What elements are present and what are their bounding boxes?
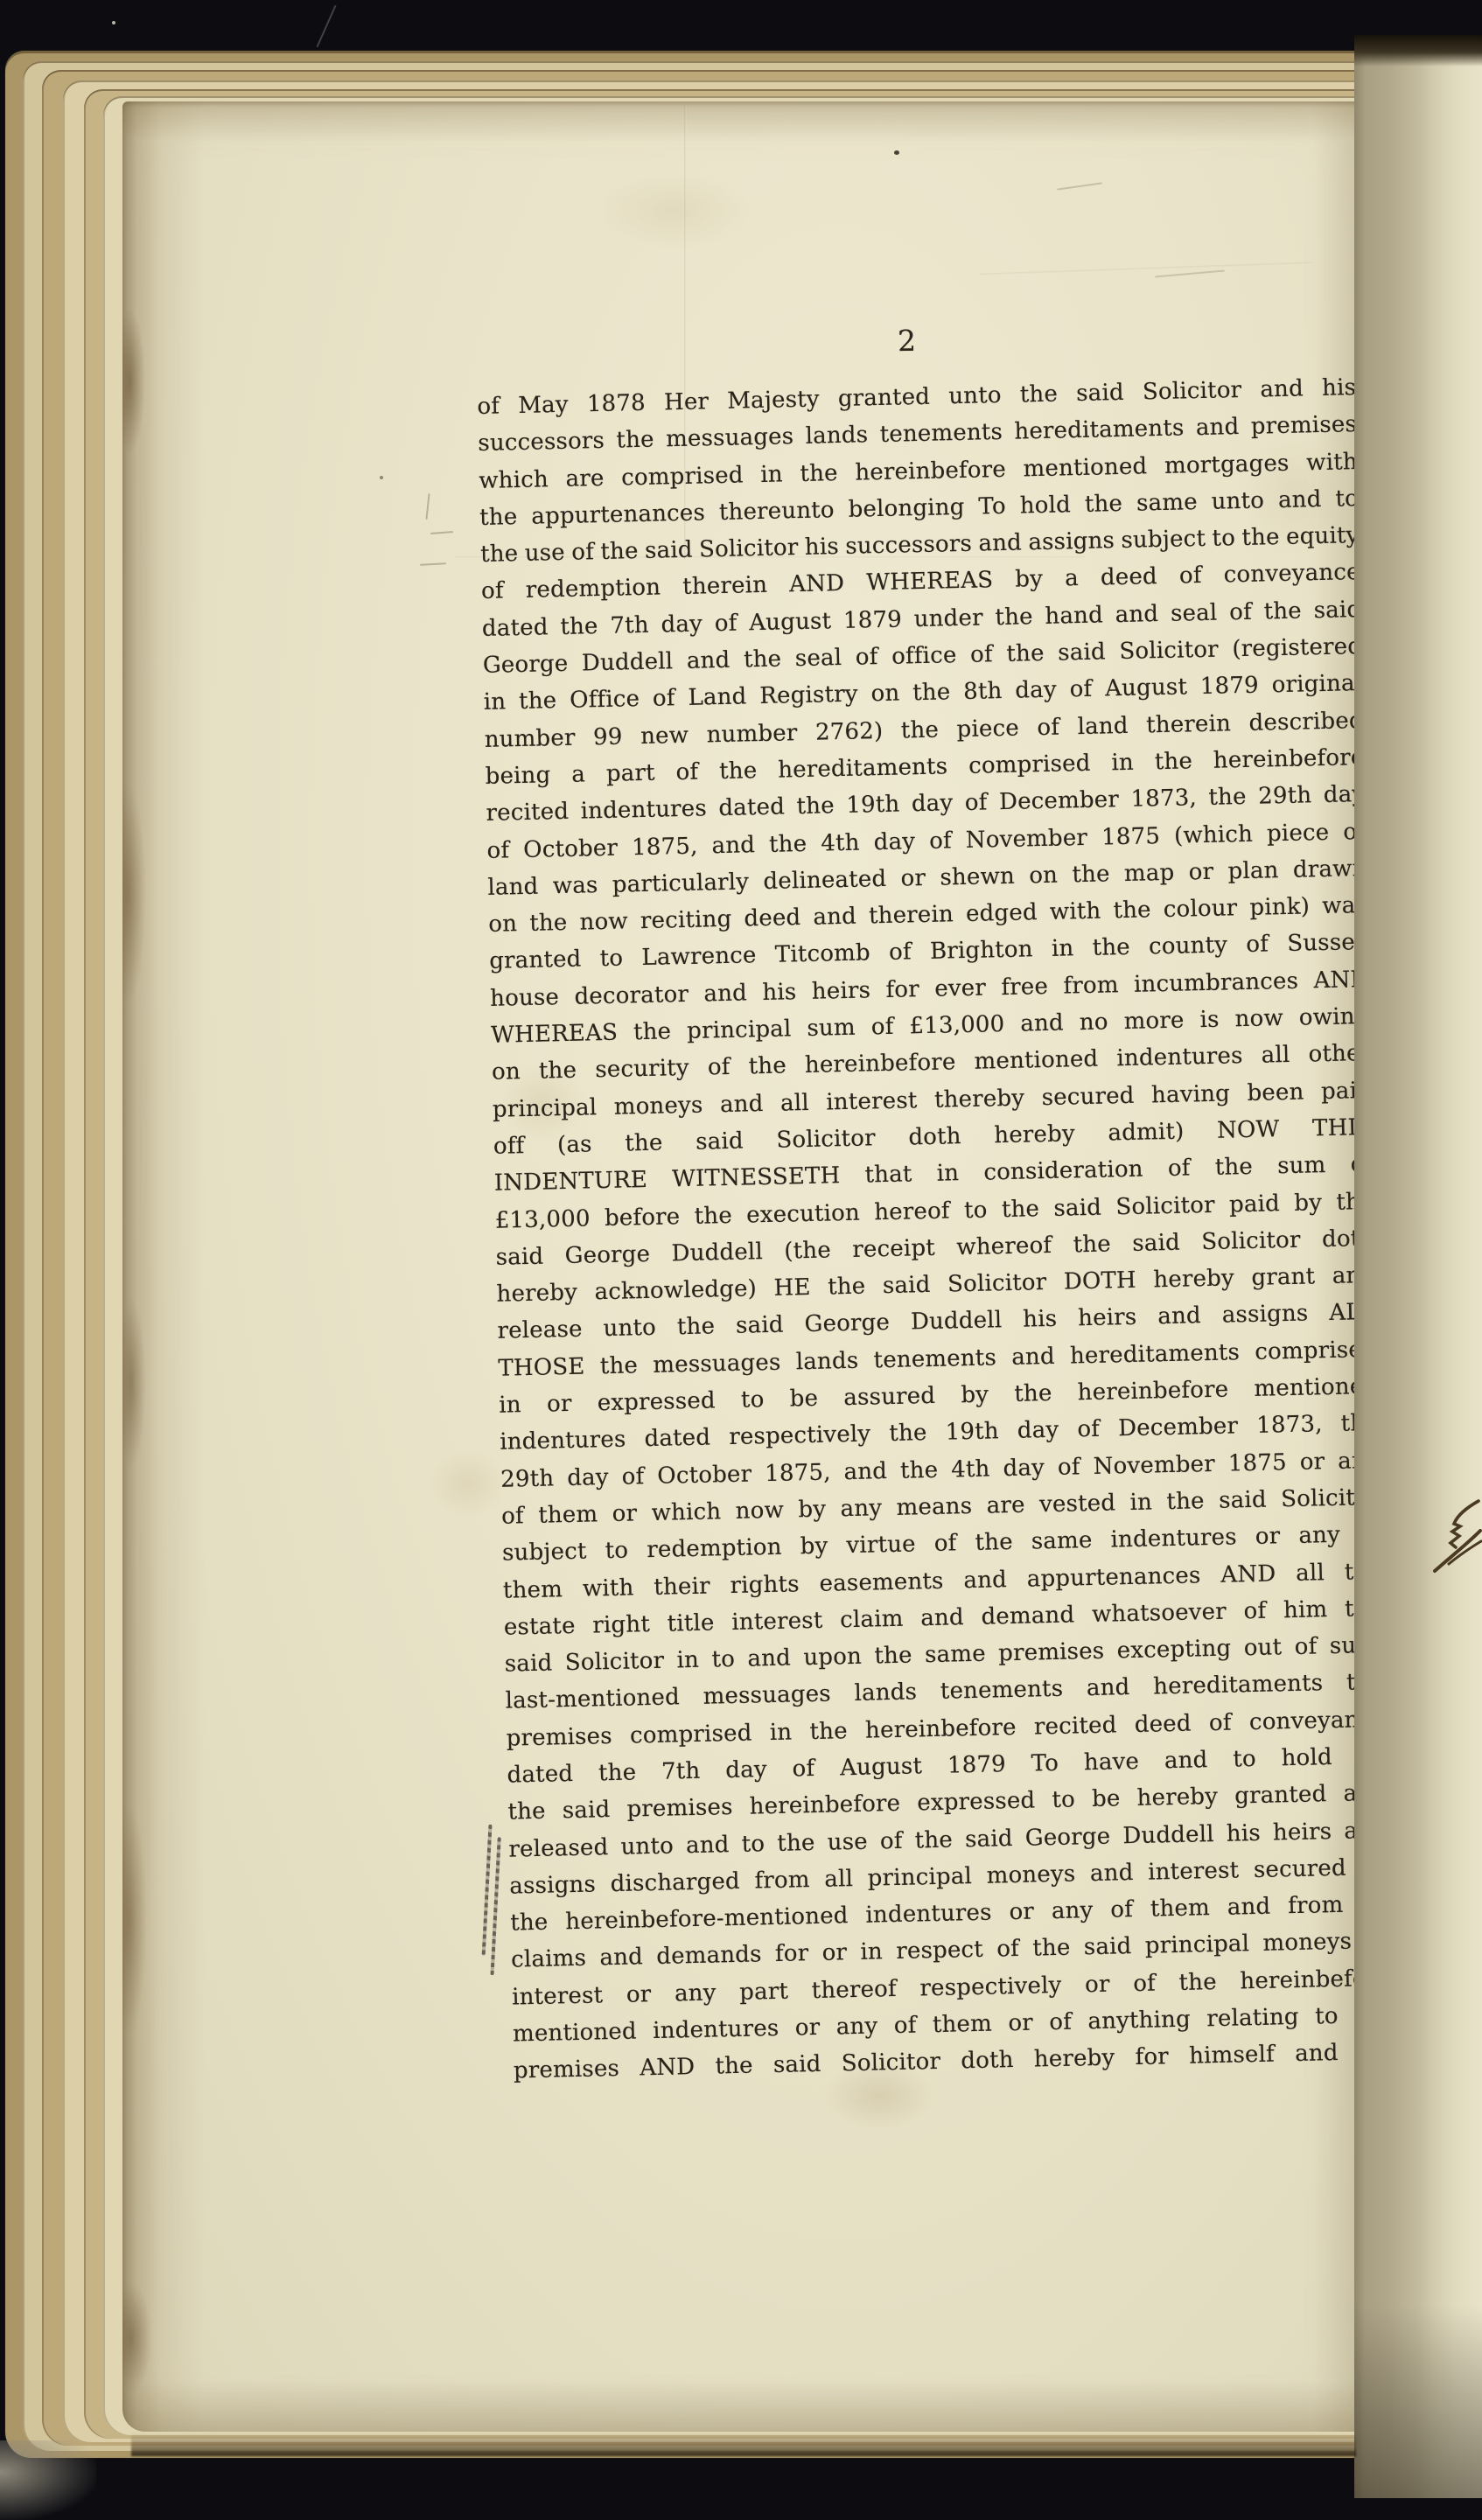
handwriting-mark [1428,1496,1482,1592]
book-gutter [1354,38,1482,2498]
pencil-scuff [425,493,430,520]
bottom-left-cloth [0,2440,96,2520]
document-text: of May 1878 Her Majesty granted unto the… [477,369,1393,2090]
page-number: 2 [898,324,917,358]
bottom-edge-smudge [131,2433,1356,2456]
document-page: 2 of May 1878 Her Majesty granted unto t… [122,101,1361,2432]
pencil-speck [380,476,383,479]
book-scan-photo: 2 of May 1878 Her Majesty granted unto t… [0,0,1482,2520]
ink-speck [894,150,899,155]
surface-scuff [1057,182,1102,190]
surface-scuff [1155,270,1225,278]
dust-speck [112,21,115,24]
paper-stain [595,171,752,250]
pencil-scuff [430,531,453,534]
horizontal-crease [980,262,1312,276]
gutter-top-shadow [1354,35,1482,66]
pencil-scuff [420,562,446,566]
scratch-line [317,5,337,47]
gutter-bottom-shadow [1354,2306,1482,2498]
paper-stain [429,1448,507,1518]
left-edge-stain [122,101,184,2432]
